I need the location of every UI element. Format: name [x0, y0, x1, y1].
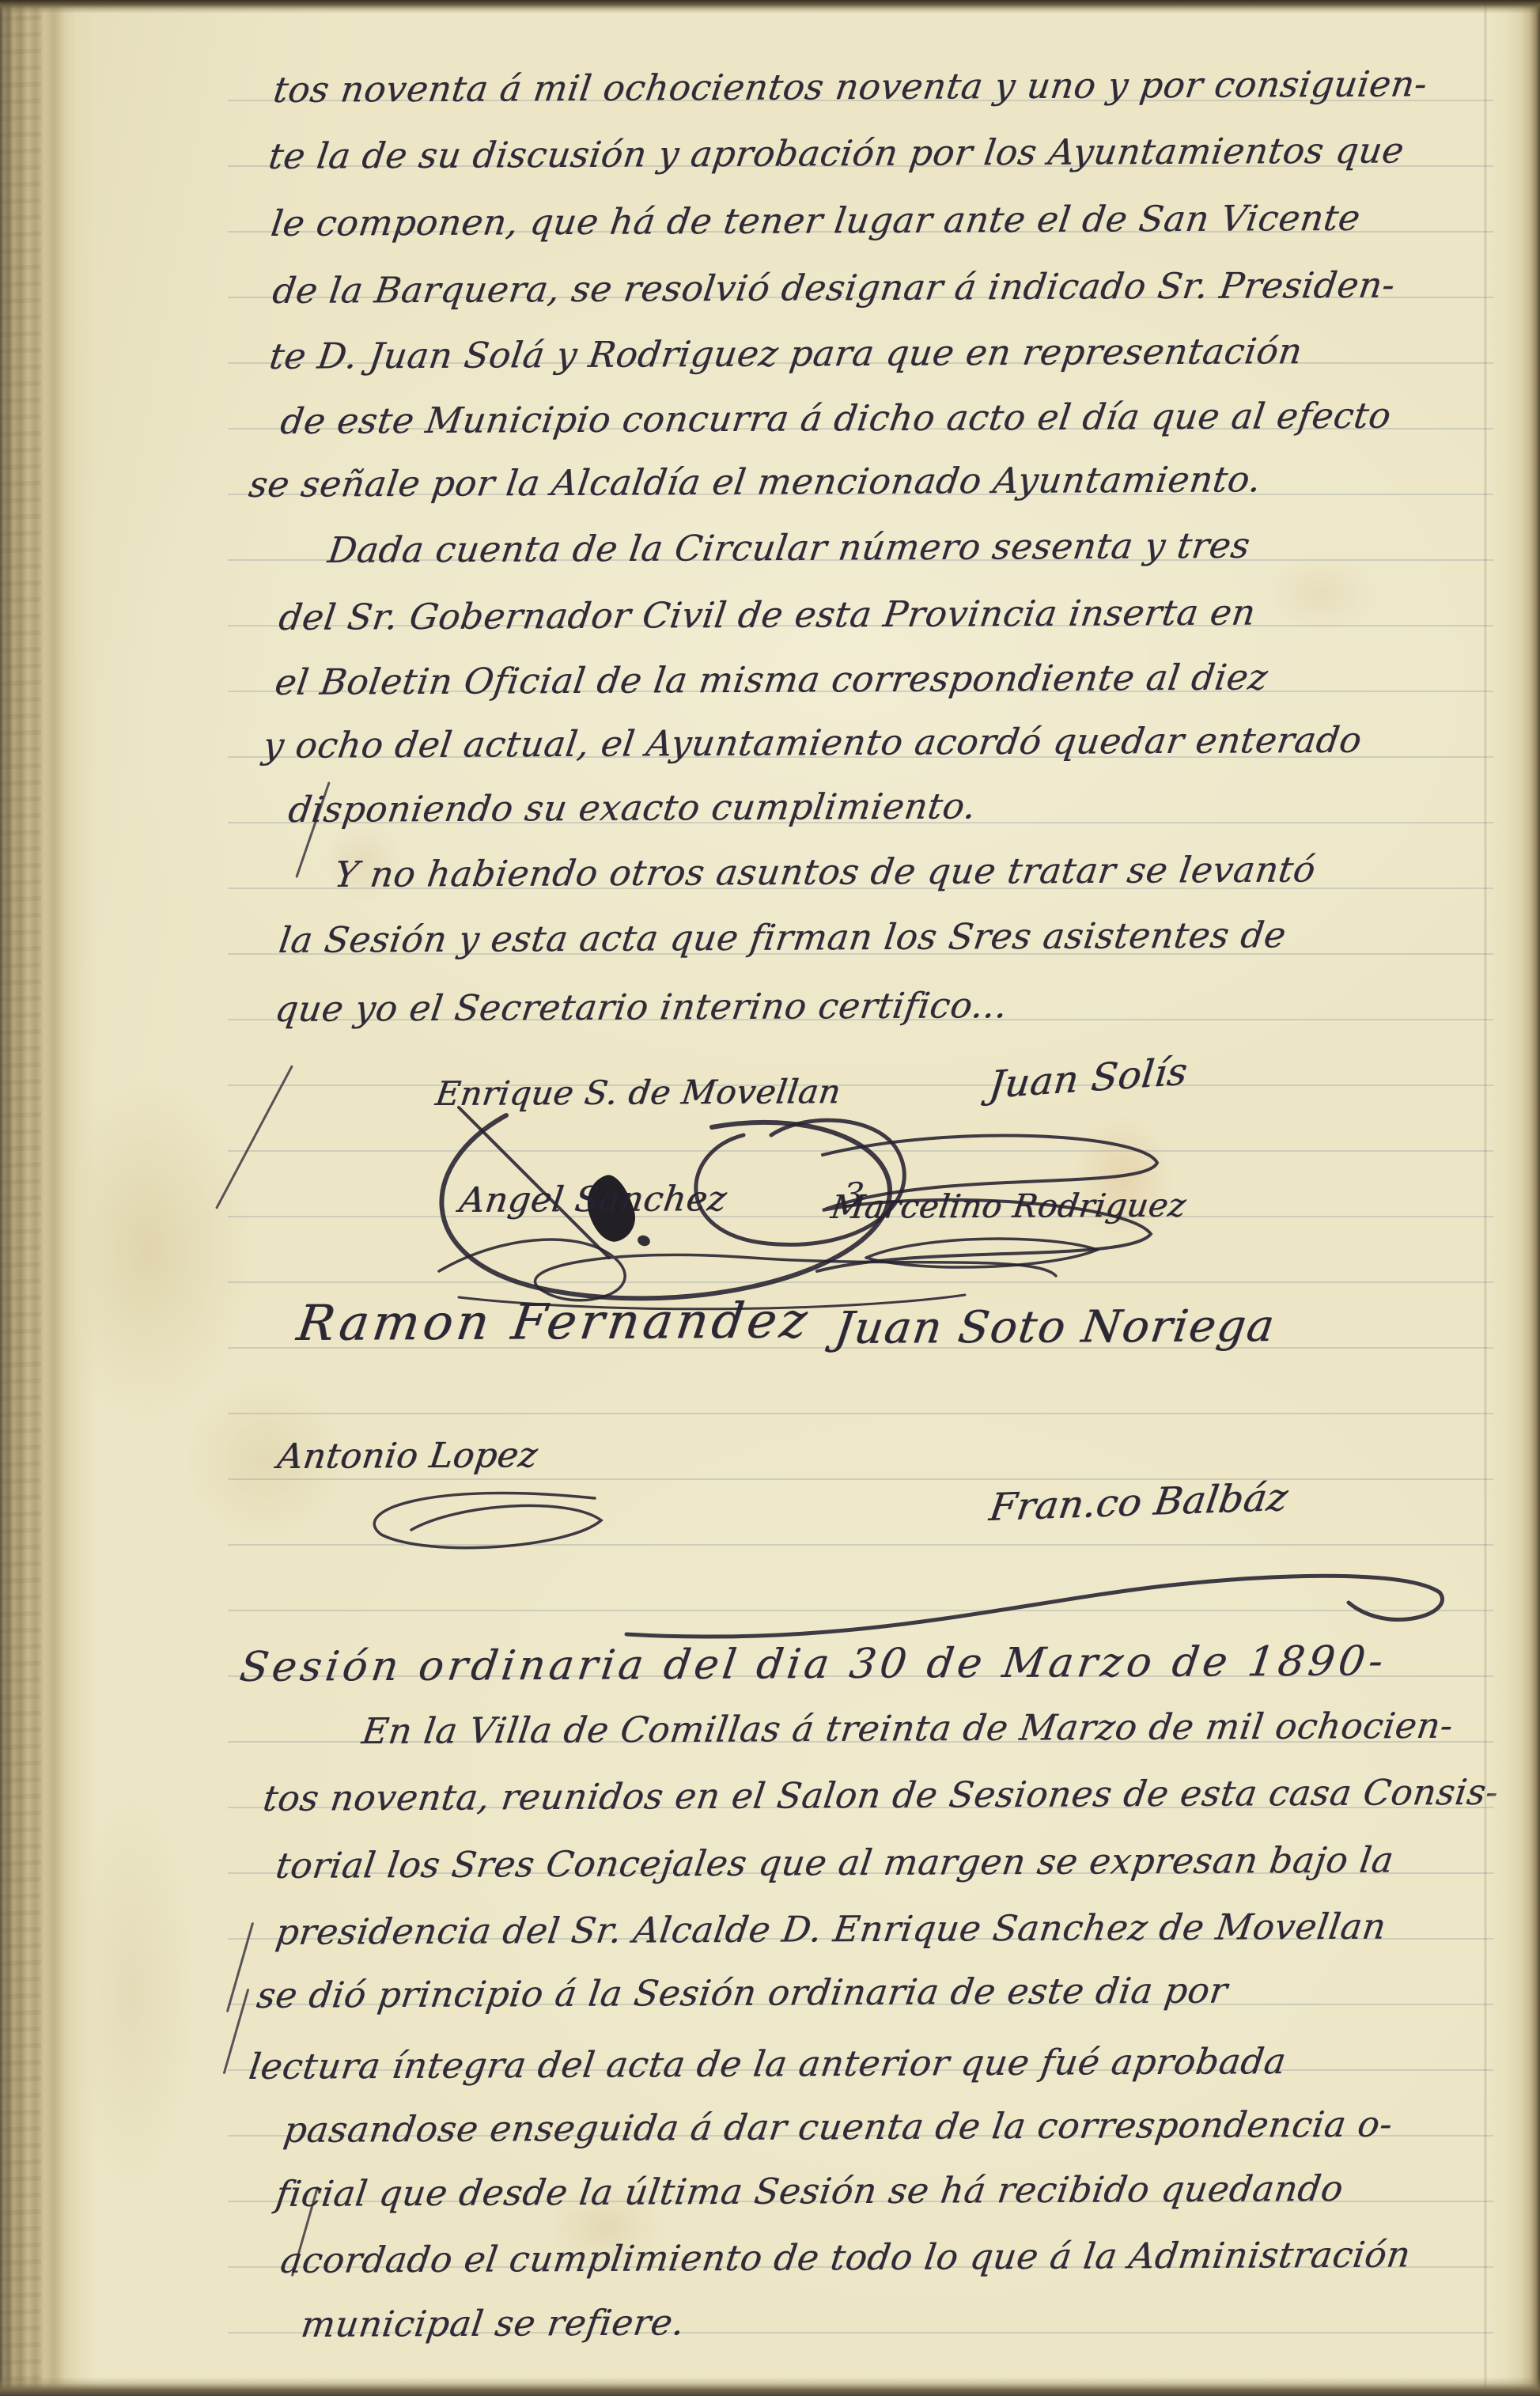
text-line: municipal se refiere. — [299, 2304, 687, 2342]
text-line: la Sesión y esta acta que firman los Sre… — [277, 917, 1288, 958]
text-line: Y no habiendo otros asuntos de que trata… — [332, 852, 1318, 892]
page-edge-right — [1485, 0, 1540, 2396]
text-line: lectura íntegra del acta de la anterior … — [247, 2043, 1288, 2084]
manuscript-page: tos noventa á mil ochocientos noventa y … — [0, 0, 1540, 2396]
signature-juan-soto-noriega: Juan Soto Noriega — [832, 1304, 1278, 1351]
text-line: presidencia del Sr. Alcalde D. Enrique S… — [274, 1909, 1388, 1950]
text-line: que yo el Secretario interino certifico.… — [273, 987, 1010, 1027]
text-line: En la Villa de Comillas á treinta de Mar… — [360, 1708, 1455, 1749]
text-line: se señale por la Alcaldía el mencionado … — [247, 461, 1263, 502]
book-binding-streaks — [0, 0, 41, 2396]
page-edge-bottom — [0, 2377, 1540, 2396]
page-edge-top — [0, 0, 1540, 13]
text-line: Dada cuenta de la Circular número sesent… — [326, 528, 1252, 568]
text-line: tos noventa, reunidos en el Salon de Ses… — [261, 1774, 1501, 1816]
signature-angel-sanchez: Angel Sanchez — [457, 1182, 728, 1218]
text-line: y ocho del actual, el Ayuntamiento acord… — [261, 722, 1364, 763]
text-line: de la Barquera, se resolvió designar á i… — [271, 267, 1398, 308]
text-line: el Boletin Oficial de la misma correspon… — [273, 659, 1270, 700]
text-line: pasandose enseguida á dar cuenta de la c… — [282, 2106, 1394, 2148]
text-line: acordado el cumplimiento de todo lo que … — [278, 2237, 1413, 2278]
text-line: le componen, que há de tener lugar ante … — [269, 200, 1363, 241]
text-line: del Sr. Gobernador Civil de esta Provinc… — [277, 595, 1258, 635]
signature-antonio-lopez: Antonio Lopez — [275, 1438, 539, 1474]
text-line: de este Municipio concurra á dicho acto … — [278, 398, 1393, 439]
signature-marcelino-rodriguez: Marcelino Rodriguez — [829, 1190, 1188, 1224]
text-line: te D. Juan Solá y Rodriguez para que en … — [267, 333, 1304, 374]
text-line: tos noventa á mil ochocientos noventa y … — [271, 66, 1429, 108]
signature-enrique-movellan: Enrique S. de Movellan — [433, 1075, 843, 1111]
signature-francisco-balbaz: Fran.co Balbáz — [987, 1478, 1290, 1527]
text-line: se dió principio á la Sesión ordinaria d… — [255, 1973, 1230, 2013]
section-heading: Sesión ordinaria del dia 30 de Marzo de … — [237, 1641, 1390, 1688]
signature-ramon-fernandez: Ramon Fernandez — [294, 1296, 814, 1348]
text-line: te la de su discusión y aprobación por l… — [267, 132, 1406, 174]
text-line: torial los Sres Concejales que al margen… — [274, 1842, 1396, 1883]
text-line: disponiendo su exacto cumplimiento. — [286, 788, 978, 827]
text-line: ficial que desde la última Sesión se há … — [274, 2171, 1345, 2212]
